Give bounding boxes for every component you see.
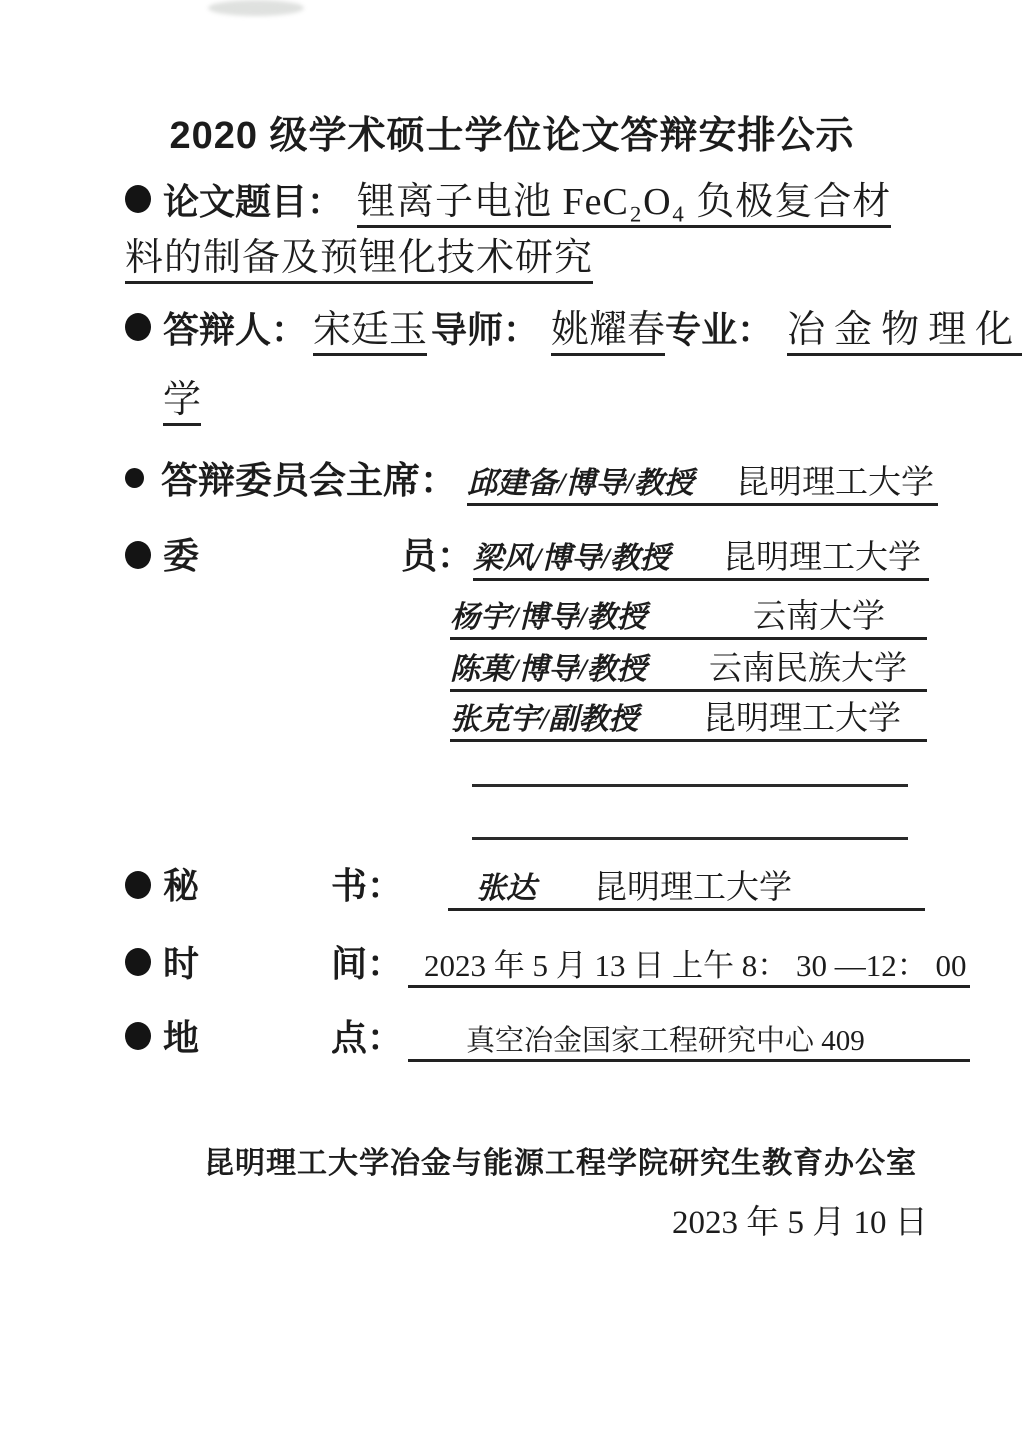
- place-entry: 真空冶金国家工程研究中心 409: [408, 1018, 970, 1062]
- member-affiliation: 云南大学: [753, 590, 885, 637]
- committee-member-row: 张克宇/副教授 昆明理工大学: [450, 692, 927, 742]
- committee-member-row: 陈菓/博导/教授 云南民族大学: [450, 642, 927, 692]
- committee-label-right: 员：: [401, 528, 473, 579]
- time-value: 2023 年 5 月 13 日 上午 8： 30 —12： 00: [408, 940, 967, 985]
- thesis-title-value-line2: 料的制备及预锂化技术研究: [125, 226, 593, 284]
- place-row: 地 点： 真空冶金国家工程研究中心 409: [125, 1010, 970, 1062]
- committee-label-left: 委: [163, 528, 199, 579]
- defender-row: 答辩人： 宋廷玉 导师： 姚耀春 专业： 冶金物理化: [125, 298, 1022, 356]
- chair-affiliation: 昆明理工大学: [736, 456, 934, 503]
- defender-label: 答辩人：: [163, 302, 307, 353]
- issue-date: 2023 年 5 月 10 日: [672, 1196, 928, 1243]
- time-label-left: 时: [163, 936, 199, 987]
- thesis-title-value-line1: 锂离子电池 FeC₂O₄ 负极复合材: [357, 170, 891, 228]
- major-label: 专业：: [665, 302, 773, 353]
- secretary-label-right: 书：: [331, 858, 403, 909]
- page-title: 2020 级学术硕士学位论文答辩安排公示: [0, 104, 1024, 159]
- place-label-right: 点：: [331, 1010, 403, 1061]
- blank-signature-line: [472, 837, 908, 840]
- time-label-right: 间：: [331, 936, 403, 987]
- member-name: 杨宇/博导/教授: [450, 592, 647, 636]
- committee-member-entry: 陈菓/博导/教授 云南民族大学: [450, 642, 927, 692]
- blank-signature-line: [472, 784, 908, 787]
- member-affiliation: 昆明理工大学: [703, 692, 901, 739]
- time-entry: 2023 年 5 月 13 日 上午 8： 30 —12： 00: [408, 940, 970, 988]
- issuing-office: 昆明理工大学冶金与能源工程学院研究生教育办公室: [204, 1138, 917, 1182]
- time-row: 时 间： 2023 年 5 月 13 日 上午 8： 30 —12： 00: [125, 936, 970, 988]
- bullet-icon: [125, 541, 151, 569]
- secretary-label-left: 秘: [163, 858, 199, 909]
- major-value-line1: 冶金物理化: [787, 298, 1022, 356]
- bullet-icon: [125, 1022, 151, 1050]
- committee-member-entry: 张克宇/副教授 昆明理工大学: [450, 692, 927, 742]
- chair-name: 邱建备/博导/教授: [467, 458, 694, 502]
- major-value-wrap-row: 学: [163, 368, 201, 426]
- document-page: 2020 级学术硕士学位论文答辩安排公示 论文题目： 锂离子电池 FeC₂O₄ …: [0, 0, 1024, 1448]
- secretary-name: 张达: [476, 863, 536, 907]
- committee-row: 委 员： 梁风/博导/教授 昆明理工大学: [125, 528, 929, 581]
- committee-member-row: 杨宇/博导/教授 云南大学: [450, 590, 927, 640]
- chair-row: 答辩委员会主席： 邱建备/博导/教授 昆明理工大学: [125, 450, 938, 506]
- member-affiliation: 云南民族大学: [709, 642, 907, 689]
- scan-artifact: [208, 0, 304, 16]
- committee-member-entry: 杨宇/博导/教授 云南大学: [450, 590, 927, 640]
- secretary-entry: 张达 昆明理工大学: [448, 861, 925, 911]
- chair-label: 答辩委员会主席：: [161, 450, 457, 504]
- thesis-title-row-wrap: 料的制备及预锂化技术研究: [125, 226, 593, 284]
- member-name: 张克宇/副教授: [450, 694, 638, 738]
- supervisor-name: 姚耀春: [551, 298, 665, 356]
- major-value-line2: 学: [163, 368, 201, 426]
- bullet-icon: [125, 468, 144, 488]
- place-label-left: 地: [163, 1010, 199, 1061]
- bullet-icon: [125, 185, 151, 213]
- member-name: 陈菓/博导/教授: [450, 644, 647, 688]
- supervisor-label: 导师：: [431, 302, 539, 353]
- bullet-icon: [125, 313, 151, 341]
- bullet-icon: [125, 871, 151, 899]
- member-affiliation: 昆明理工大学: [723, 531, 921, 578]
- defender-name: 宋廷玉: [313, 298, 427, 356]
- member-name: 梁风/博导/教授: [473, 533, 670, 577]
- chair-entry: 邱建备/博导/教授 昆明理工大学: [467, 456, 938, 506]
- bullet-icon: [125, 948, 151, 976]
- secretary-affiliation: 昆明理工大学: [594, 861, 792, 908]
- place-value: 真空冶金国家工程研究中心 409: [408, 1018, 865, 1059]
- committee-member-entry: 梁风/博导/教授 昆明理工大学: [473, 531, 929, 581]
- secretary-row: 秘 书： 张达 昆明理工大学: [125, 858, 925, 911]
- thesis-title-label: 论文题目：: [163, 174, 343, 225]
- thesis-title-row: 论文题目： 锂离子电池 FeC₂O₄ 负极复合材: [125, 170, 891, 228]
